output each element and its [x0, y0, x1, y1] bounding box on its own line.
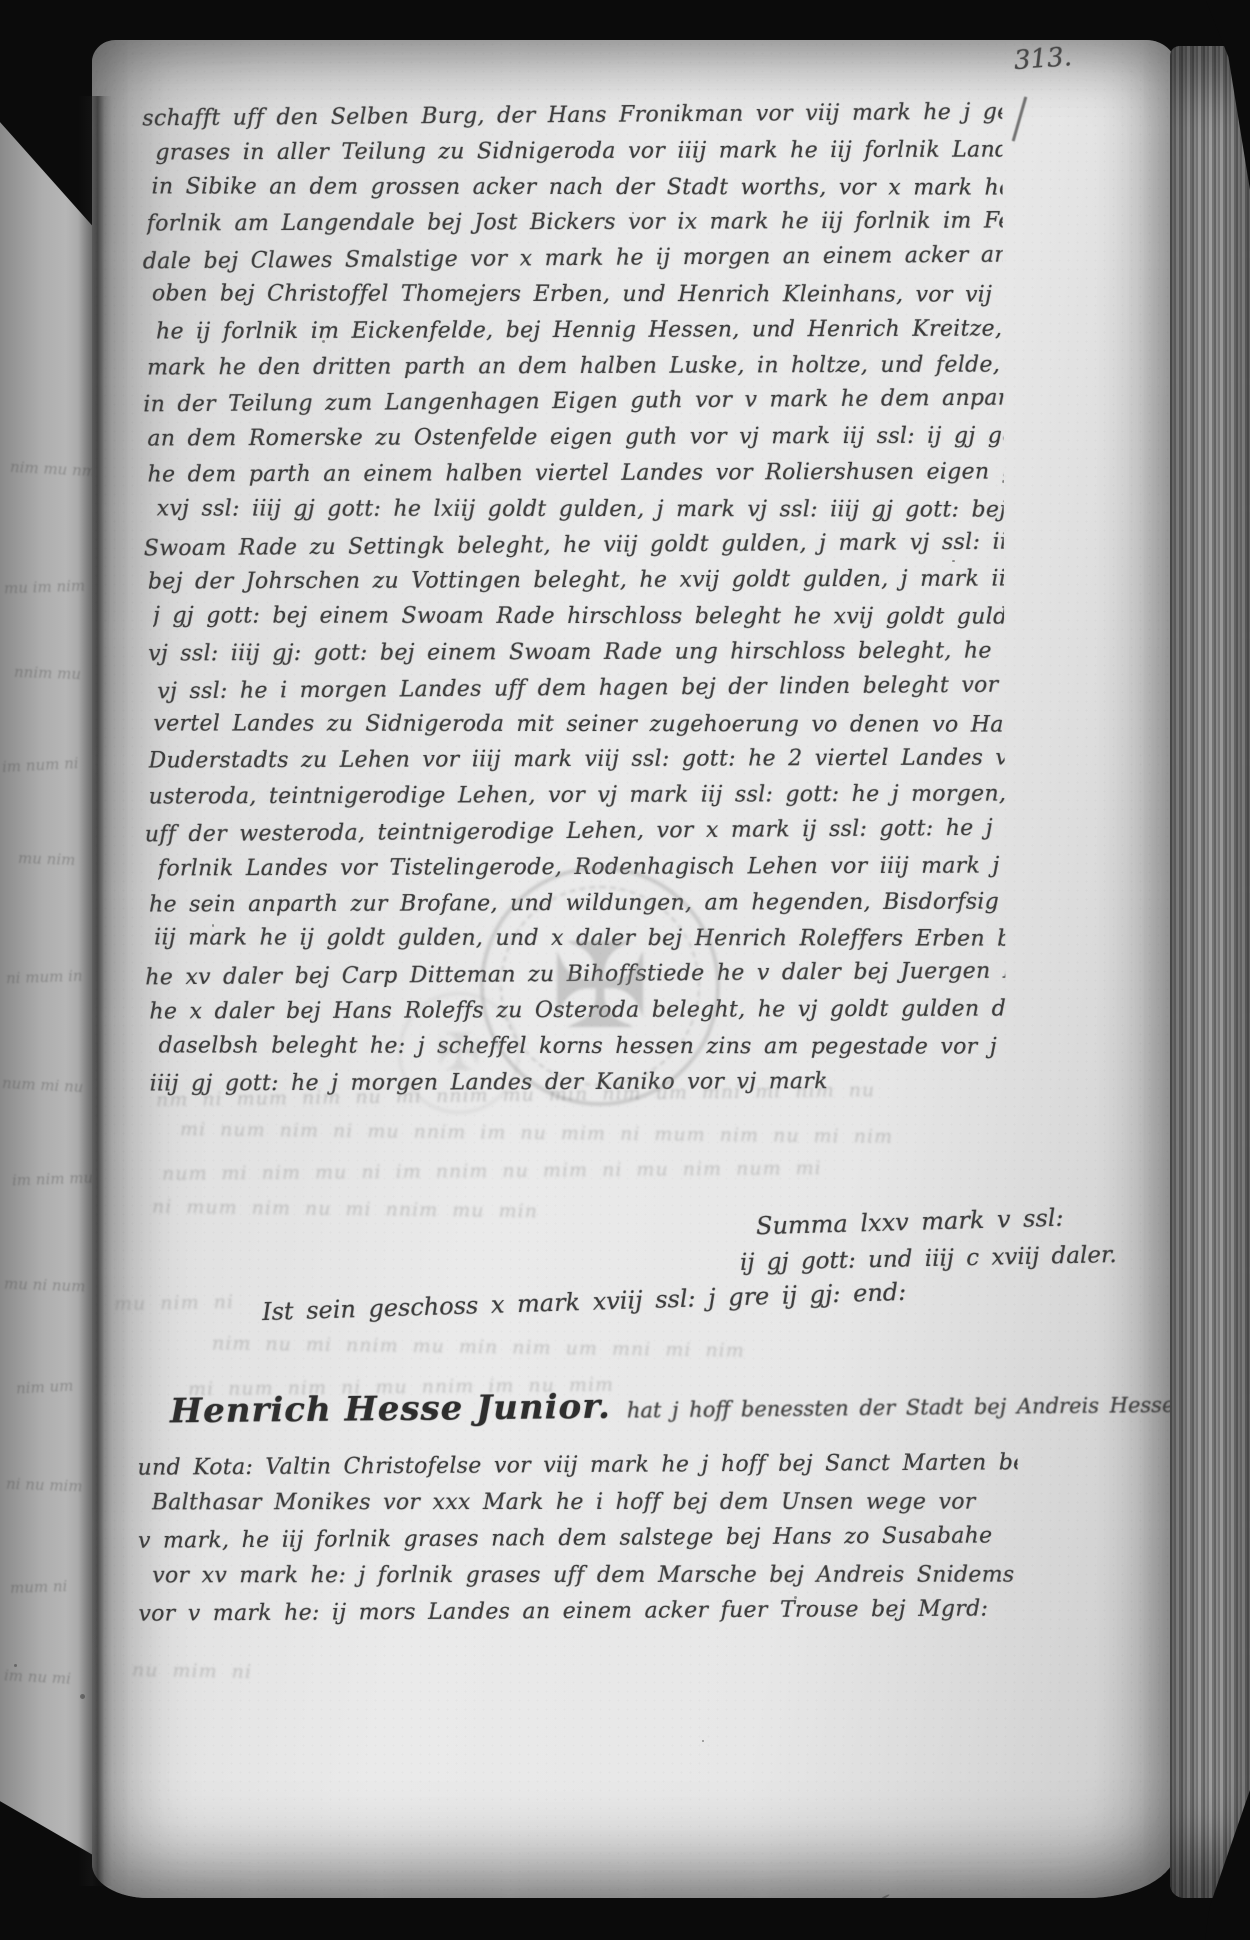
handwritten-line: mark he den dritten parth an dem halben … [147, 347, 1003, 386]
bleedthrough-line: mu nim ni [114, 1291, 234, 1315]
bleedthrough-line: mi num nim ni mu nnim im nu mim ni mum n… [180, 1118, 893, 1147]
bleedthrough-fragment: im num ni [2, 754, 79, 776]
bleedthrough-fragment: ni mum in [6, 967, 83, 988]
bleedthrough-fragment: mu nim [18, 849, 76, 869]
main-text-block: schafft uff den Selben Burg, der Hans Fr… [146, 97, 1005, 1102]
handwritten-line: vor v mark he: ij mors Landes an einem a… [138, 1592, 1018, 1634]
handwritten-line: iiij gj gott: he j morgen Landes der Kan… [150, 1063, 1006, 1102]
bleedthrough-line: nu mim ni [132, 1659, 252, 1683]
handwritten-line: he ij forlnik im Eickenfelde, bej Hennig… [156, 311, 1003, 350]
handwritten-line: oben bej Christoffel Thomejers Erben, un… [152, 276, 1003, 313]
handwritten-line: he xv daler bej Carp Ditteman zu Bihoffs… [145, 954, 1005, 997]
handwritten-line: forlnik am Langendale bej Jost Bickers v… [147, 204, 1003, 243]
handwritten-line: forlnik Landes vor Tistelingerode, Roden… [158, 848, 1005, 887]
bleedthrough-fragment: mu im nim [4, 577, 86, 598]
handwritten-line: und Kota: Valtin Christofelse vor viij m… [137, 1445, 1017, 1487]
handwritten-line: vj ssl: iiij gj: gott: bej einem Swoam R… [148, 633, 1004, 672]
handwritten-line: uff der westeroda, teintnigerodige Lehen… [145, 811, 1005, 854]
facing-page-edge: nim mu nmmu im nimnnim muim num nimu nim… [0, 108, 94, 1868]
bleedthrough-line: ni mum nim nu mi nnim mu min [152, 1196, 538, 1223]
handwritten-line: in der Teilung zum Langenhagen Eigen gut… [143, 381, 1003, 424]
handwritten-line: iij mark he ij goldt gulden, und x daler… [154, 921, 1005, 958]
handwritten-line: schafft uff den Selben Burg, der Hans Fr… [142, 95, 1002, 138]
ink-speck [702, 1740, 704, 1742]
bleedthrough-line: num mi nim mu ni im nnim nu mim ni mu ni… [162, 1157, 822, 1185]
handwritten-line: v mark, he iij forlnik grases nach dem s… [138, 1519, 1018, 1561]
handwritten-line: vertel Landes zu Sidnigeroda mit seiner … [153, 706, 1004, 743]
handwritten-line: an dem Romerske zu Ostenfelde eigen guth… [147, 419, 1003, 458]
handwritten-line: j gj gott: bej einem Swoam Rade hirschlo… [153, 599, 1004, 636]
summa-total-line: Summa lxxv mark v ssl: [756, 1204, 1064, 1241]
entry-heading-name: Henrich Hesse Junior. [170, 1387, 611, 1432]
bleedthrough-fragment: nim um [16, 1377, 74, 1398]
manuscript-page: 313. schafft uff den Selben Burg, der Ha… [92, 40, 1176, 1898]
bleedthrough-fragment: nnim mu [14, 663, 82, 683]
book-fore-edge-pages [1170, 46, 1250, 1898]
handwritten-line: dale bej Clawes Smalstige vor x mark he … [143, 238, 1003, 281]
handwritten-line: he sein anparth zur Brofane, und wildung… [149, 884, 1005, 923]
bleedthrough-fragment: ni nu mim [6, 1475, 83, 1496]
bleedthrough-fragment: im nim mu [12, 1169, 94, 1190]
handwritten-line: he x daler bej Hans Roleffs zu Osteroda … [149, 991, 1005, 1030]
handwritten-line: he dem parth an einem halben viertel Lan… [148, 454, 1004, 493]
handwritten-line: daselbsh beleght he: j scheffel korns he… [159, 1028, 1006, 1065]
handwritten-line: in Sibike an dem grossen acker nach der … [152, 169, 1003, 206]
bleedthrough-fragment: mu ni num [4, 1275, 86, 1296]
bleedthrough-fragment: nim mu nm [10, 458, 97, 480]
summa-total-line-2: ij gj gott: und iiij c xviij daler. [740, 1242, 1117, 1276]
handwritten-line: grases in aller Teilung zu Sidnigeroda v… [155, 132, 1002, 171]
handwritten-line: Balthasar Monikes vor xxx Mark he i hoff… [152, 1484, 1018, 1521]
handwritten-line: Duderstadts zu Lehen vor iiij mark viij … [149, 741, 1005, 780]
handwritten-line: vor xv mark he: j forlnik grases uff dem… [152, 1557, 1018, 1594]
bleedthrough-fragment: mum ni [10, 1577, 68, 1597]
handwritten-line: vj ssl: he i morgen Landes uff dem hagen… [157, 667, 1004, 709]
bleedthrough-fragment: num mi nu [2, 1074, 84, 1096]
page-number: 313. [1013, 42, 1073, 76]
bleedthrough-line: nim nu mi nnim mu min nim um mni mi nim [212, 1332, 745, 1361]
geschoss-tax-line: Ist sein geschoss x mark xviij ssl: j gr… [262, 1278, 907, 1326]
entry-text-block: und Kota: Valtin Christofelse vor viij m… [137, 1445, 1018, 1633]
bleedthrough-fragment: im nu mi [4, 1666, 72, 1687]
photographed-manuscript-book: nim mu nmmu im nimnnim muim num nimu nim… [0, 0, 1250, 1940]
handwritten-line: Swoam Rade zu Settingk beleght, he viij … [144, 524, 1004, 567]
handwritten-line: xvj ssl: iiij gj gott: he lxiij goldt gu… [157, 491, 1004, 528]
handwritten-line: bej der Johrschen zu Vottingen beleght, … [148, 562, 1004, 601]
handwritten-line: usteroda, teintnigerodige Lehen, vor vj … [149, 777, 1005, 816]
entry-heading-row: Henrich Hesse Junior. hat j hoff benesst… [170, 1381, 1176, 1432]
stray-ink-stroke [1012, 96, 1028, 141]
entry-heading-continuation: hat j hoff benessten der Stadt bej Andre… [627, 1393, 1176, 1423]
ink-speck [880, 1894, 890, 1898]
